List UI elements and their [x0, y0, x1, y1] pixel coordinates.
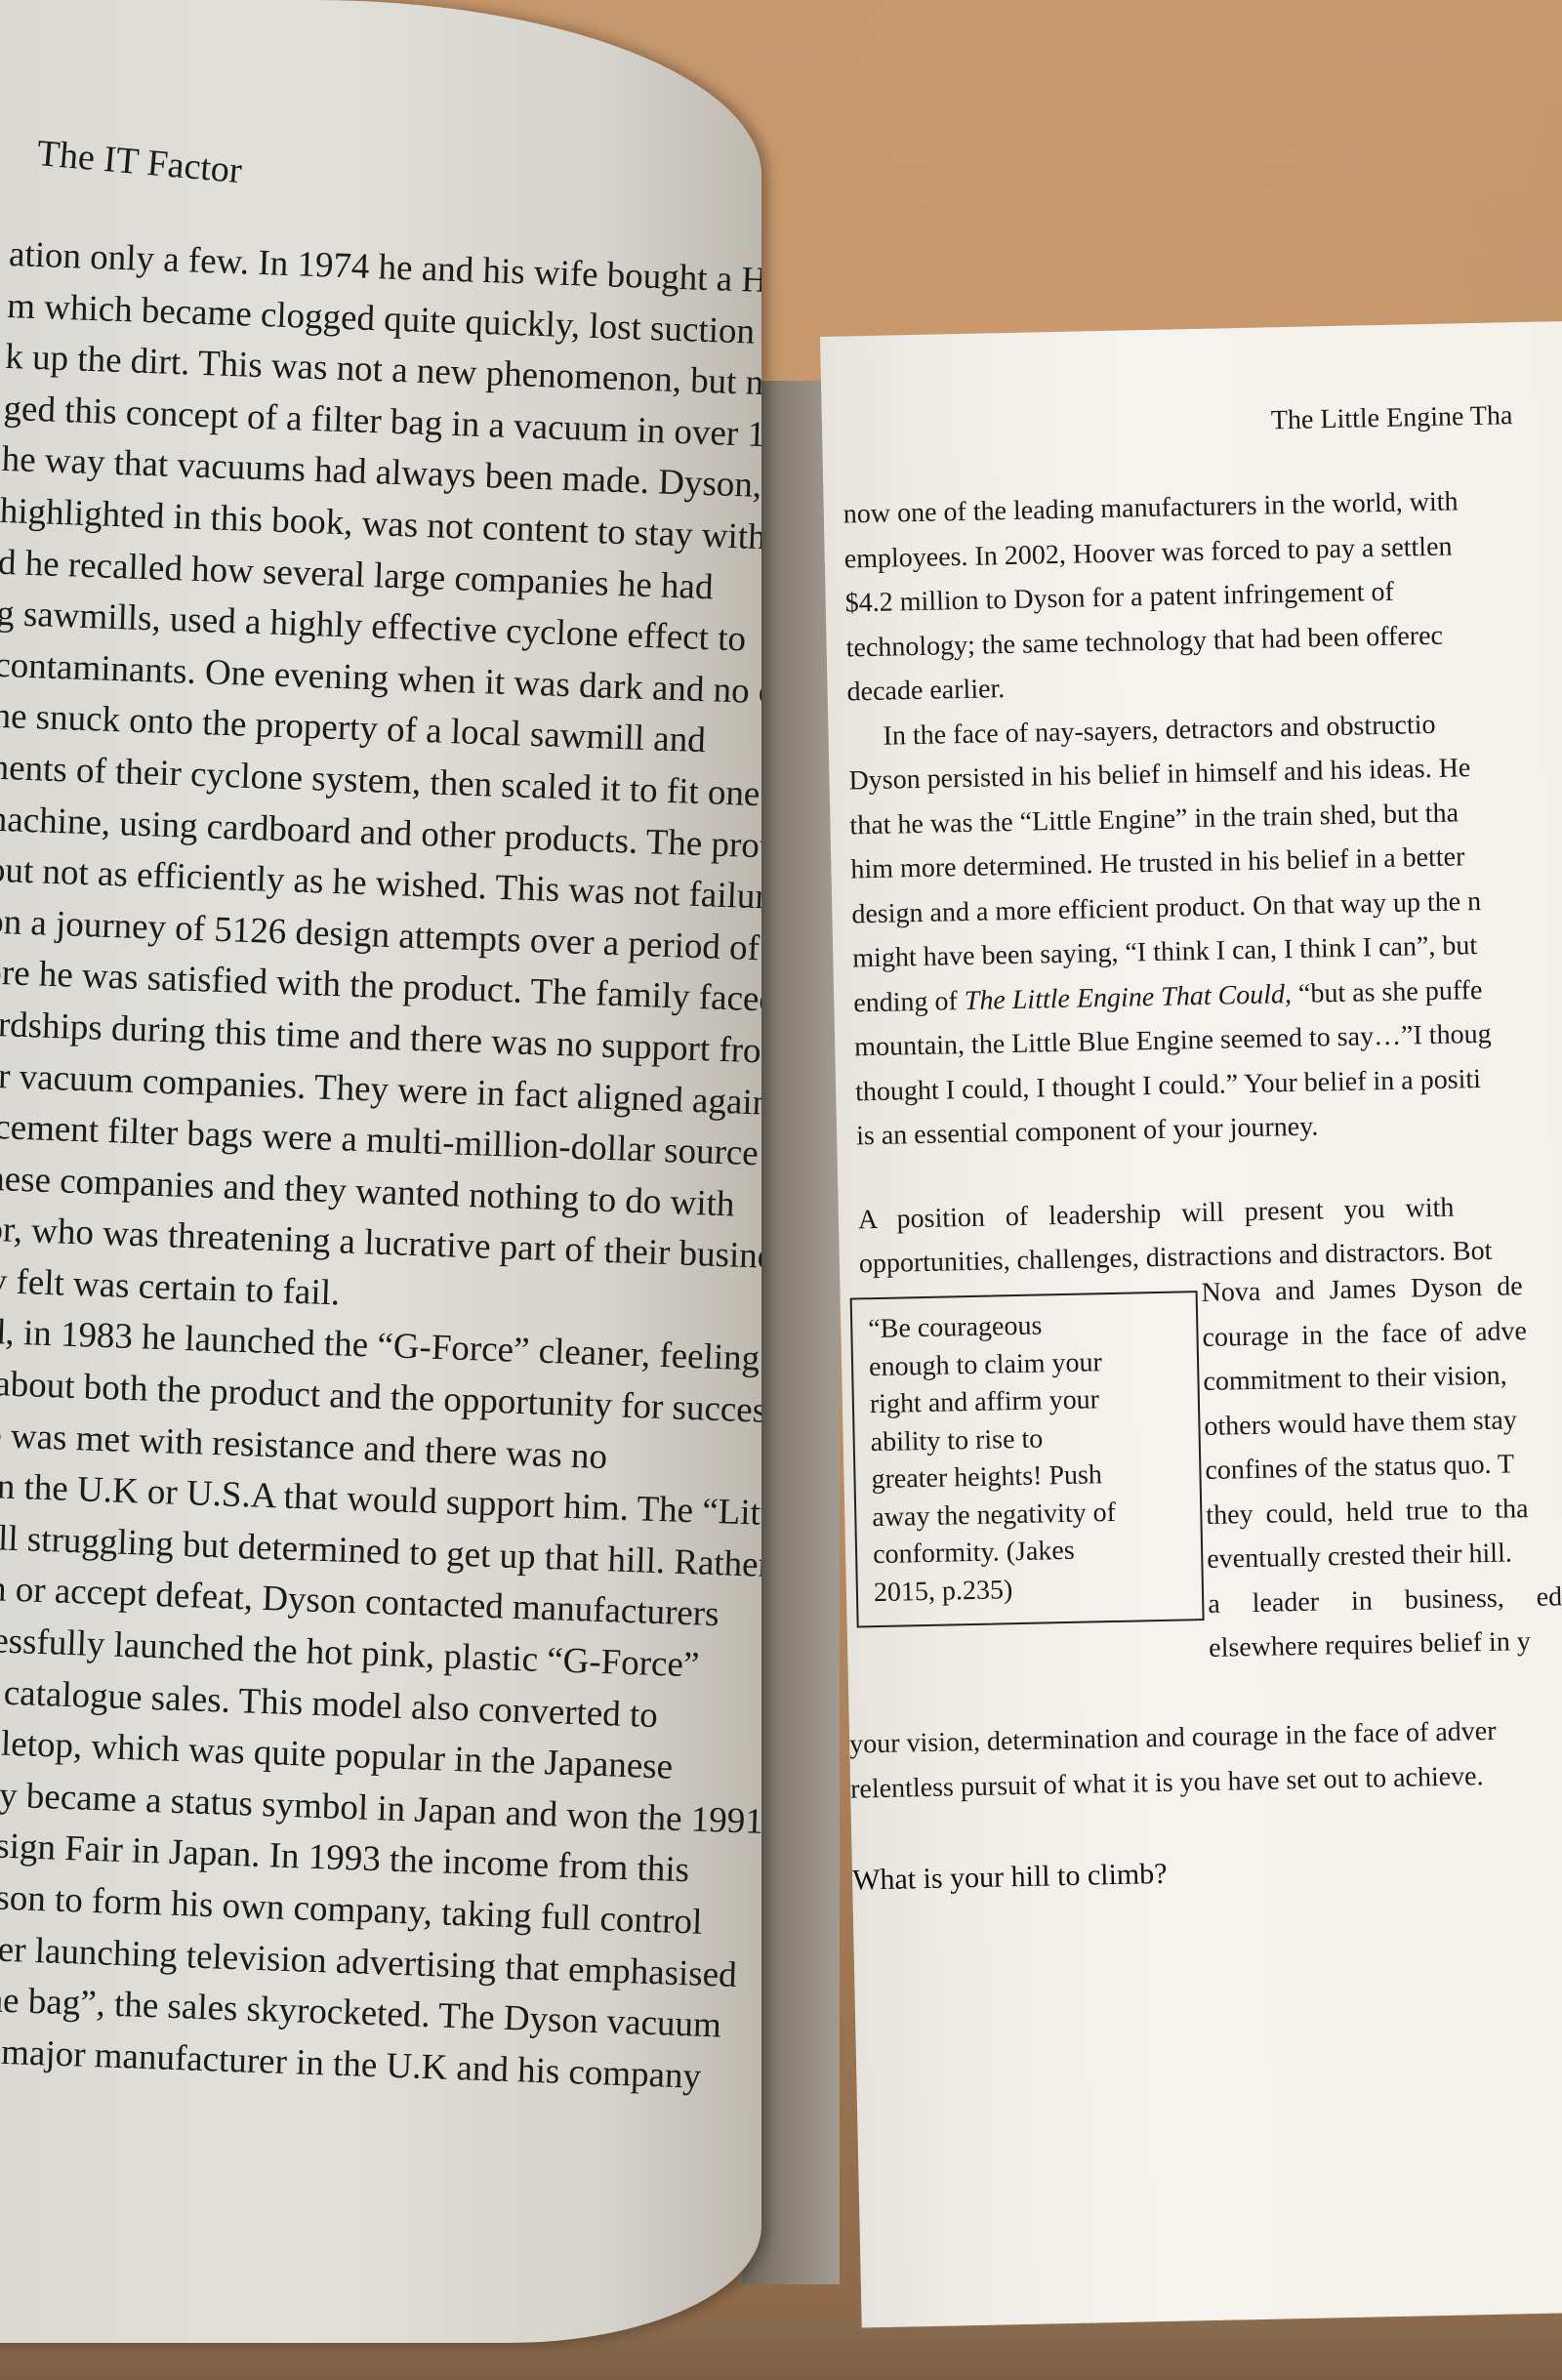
text-line: courage in the face of adve — [1202, 1306, 1562, 1360]
quote-line: “Be courageous — [868, 1304, 1181, 1348]
paragraph-continuation: your vision, determination and courage i… — [849, 1706, 1562, 1812]
text-line: they could, held true to tha — [1206, 1484, 1562, 1538]
pull-quote-box: “Be courageous enough to claim your righ… — [850, 1291, 1205, 1627]
text-line: elsewhere requires belief in y — [1209, 1618, 1562, 1671]
text-fragment: ending of — [853, 986, 965, 1018]
left-page: The IT Factor ation only a few. In 1974 … — [0, 0, 761, 2343]
quote-line: 2015, p.235) — [874, 1568, 1187, 1612]
text-fragment: “but as she puffe — [1292, 974, 1483, 1008]
quote-line: ability to rise to — [870, 1417, 1183, 1461]
left-page-body: ation only a few. In 1974 he and his wif… — [0, 229, 752, 2103]
quote-line: greater heights! Push — [871, 1455, 1184, 1498]
wrapped-paragraph: Nova and James Dyson de courage in the f… — [1201, 1262, 1562, 1671]
quote-line: away the negativity of — [872, 1493, 1185, 1537]
closing-question: What is your hill to climb? — [852, 1858, 1168, 1898]
text-line: confines of the status quo. T — [1205, 1440, 1562, 1494]
right-page: The Little Engine Tha now one of the lea… — [820, 320, 1562, 2327]
quote-line: conformity. (Jakes — [873, 1530, 1186, 1574]
book-title-italic: The Little Engine That Could, — [964, 979, 1292, 1016]
right-running-head: The Little Engine Tha — [1271, 400, 1513, 436]
text-line: others would have them stay — [1204, 1395, 1562, 1449]
text-line: Nova and James Dyson de — [1201, 1262, 1562, 1316]
quote-line: enough to claim your — [869, 1342, 1182, 1386]
right-page-body: now one of the leading manufacturers in … — [843, 476, 1562, 1287]
quote-line: right and affirm your — [870, 1379, 1183, 1423]
left-running-head: The IT Factor — [35, 132, 243, 192]
text-line: commitment to their vision, — [1203, 1351, 1562, 1405]
text-line: a leader in business, ed — [1208, 1573, 1562, 1626]
text-line: eventually crested their hill. — [1207, 1529, 1562, 1582]
